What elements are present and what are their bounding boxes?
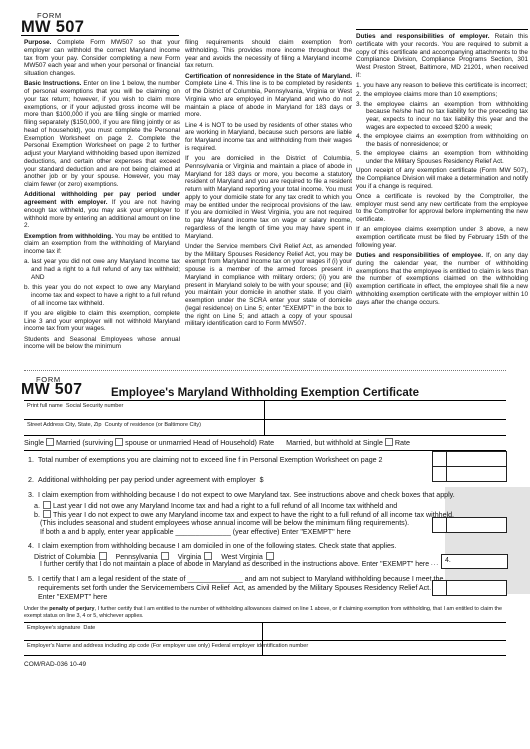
line-number: 1. — [28, 456, 38, 464]
field-label: Print full name Social Security number — [27, 403, 123, 409]
line2-text: 2.Additional withholding per pay period … — [28, 476, 264, 484]
state-west-virginia-label: West Virginia — [221, 553, 263, 561]
line5-text-1: 5.I certify that I am a legal resident o… — [28, 575, 443, 583]
marital-status-row: SingleMarried (survivingspouse or unmarr… — [24, 438, 506, 451]
text: Complete Line 4. This line is to be comp… — [185, 80, 352, 118]
print-name-ssn-field[interactable]: Print full name Social Security number — [24, 401, 264, 419]
line5-exempt-box[interactable] — [432, 580, 507, 596]
line3a: a.Last year I did not owe any Maryland I… — [34, 501, 397, 510]
line4-heading: 4.I claim exemption from withholding bec… — [28, 542, 396, 550]
dotted-leader: ... — [431, 561, 439, 567]
line3-heading: 3.I claim exemption from withholding bec… — [28, 491, 455, 499]
employee-duties-paragraph: Duties and responsibilities of employee.… — [356, 252, 528, 306]
text: Once a certificate is revoked by the Com… — [356, 193, 528, 223]
text: you have any reason to believe this cert… — [363, 82, 527, 89]
certificate-title: Employee's Maryland Withholding Exemptio… — [0, 387, 530, 399]
line3-apply-text: If both a and b apply, enter year applic… — [40, 528, 351, 536]
married-hoh-label-part1: Married (surviving — [56, 438, 113, 447]
domiciled-paragraph: If you are domiciled in the District of … — [185, 155, 352, 240]
employer-duty-item-2: 2.the employee claims more than 10 exemp… — [356, 91, 528, 99]
text: I claim exemption from withholding becau… — [38, 491, 455, 499]
employer-info-field[interactable]: Employer's Name and address including zi… — [24, 641, 506, 656]
checkbox-virginia[interactable] — [204, 552, 212, 560]
filing-requirements-paragraph: filing requirements should claim exempti… — [185, 39, 352, 70]
address-row-right-cell[interactable] — [265, 420, 506, 437]
checkbox-married-single-rate[interactable] — [385, 438, 393, 446]
lead: Duties and responsibilities of employer. — [356, 33, 490, 40]
text: filing requirements should claim exempti… — [185, 39, 352, 69]
text: If you are eligible to claim this exempt… — [24, 310, 180, 333]
line-number: 3. — [28, 491, 38, 499]
text: Enter on line 1 below, the number of per… — [24, 80, 180, 188]
item-letter: a. — [34, 502, 41, 510]
employee-signature-field[interactable]: Employee's signature Date — [24, 623, 262, 640]
line-number: 4. — [28, 542, 38, 550]
exemption-item-b: b. this year you do not expect to owe an… — [24, 284, 180, 307]
line4-exempt-box[interactable]: 4. — [441, 554, 508, 569]
box-label: 4. — [445, 557, 451, 564]
text: If you are domiciled in the District of … — [185, 155, 352, 240]
text: a. last year you did not owe any Marylan… — [24, 258, 180, 281]
box-divider — [446, 518, 447, 532]
line3-note: (This includes seasonal and student empl… — [40, 519, 409, 527]
text: If, on any day during the calendar year,… — [356, 252, 528, 306]
line3-exempt-box[interactable] — [432, 517, 507, 533]
employer-duty-item-5: 5.the employee claims an exemption from … — [356, 150, 528, 166]
employer-duties-paragraph: Duties and responsibilities of employer.… — [356, 33, 528, 80]
text: Under the Service members Civil Relief A… — [185, 243, 352, 328]
text: Retain this certificate with your record… — [356, 33, 528, 79]
married-single-rate-label: Married, but withhold at Single — [286, 438, 383, 447]
checkbox-pennsylvania[interactable] — [161, 552, 169, 560]
state-virginia-label: Virginia — [178, 553, 202, 561]
line2-entry-box[interactable] — [432, 466, 507, 482]
line3b: b.This year I do not expect to owe any M… — [34, 510, 454, 519]
students-paragraph: Students and Seasonal Employees whose an… — [24, 336, 180, 352]
lead: Certification of nonresidence in the Sta… — [185, 73, 352, 80]
employee-signature-right-cell[interactable] — [263, 623, 506, 640]
text: the employee claims more than 10 exempti… — [363, 91, 497, 98]
box-divider — [446, 581, 447, 595]
married-single-rate-label-end: Rate — [395, 438, 410, 447]
instructions-column-2: filing requirements should claim exempti… — [185, 39, 352, 331]
line1-text: 1.Total number of exemptions you are cla… — [28, 456, 383, 464]
state-district-of-columbia-label: District of Columbia — [34, 553, 96, 561]
exemption-item-a: a. last year you did not owe any Marylan… — [24, 258, 180, 281]
text: If an employee claims exemption under 3 … — [356, 226, 528, 249]
line4-not-used-paragraph: Line 4 is NOT to be used by residents of… — [185, 122, 352, 153]
scra-paragraph: Under the Service members Civil Relief A… — [185, 243, 352, 328]
header-rule — [21, 35, 179, 36]
employer-duty-item-3: 3.the employee claims an exemption from … — [356, 101, 528, 132]
name-address-table: Print full name Social Security number S… — [24, 400, 506, 436]
text: Line 4 is NOT to be used by residents of… — [185, 122, 352, 152]
text: I certify that I am a legal resident of … — [38, 575, 443, 583]
shaded-column — [445, 487, 530, 594]
penalty-of-perjury-label: penalty of perjury — [49, 606, 94, 612]
field-label: Employee's signature Date — [27, 625, 95, 631]
section-separator — [24, 370, 506, 371]
instructions-column-3: Duties and responsibilities of employer.… — [356, 33, 528, 309]
text: Students and Seasonal Employees whose an… — [24, 336, 180, 351]
text: , I further certify that I am entitled t… — [24, 606, 502, 619]
married-hoh-label-part2: spouse or unmarried Head of Household) R… — [125, 438, 274, 447]
text: Under the — [24, 606, 49, 612]
employer-duty-item-4: 4.the employee claims an exemption from … — [356, 133, 528, 149]
eligible-paragraph: If you are eligible to claim this exempt… — [24, 310, 180, 333]
single-label: Single — [24, 438, 44, 447]
instructions-column-1: Purpose. Complete Form MW507 so that you… — [24, 39, 180, 354]
lead: Purpose. — [24, 39, 51, 46]
line5-text-2: requirements set forth under the Service… — [38, 584, 431, 592]
checkbox-3b[interactable] — [43, 510, 51, 518]
lead: Basic Instructions. — [24, 80, 81, 87]
nonresidence-certification-paragraph: Certification of nonresidence in the Sta… — [185, 73, 352, 120]
revoked-certificate-paragraph: Once a certificate is revoked by the Com… — [356, 193, 528, 224]
lead: Duties and responsibilities of employee. — [356, 252, 483, 259]
checkbox-single[interactable] — [46, 438, 54, 446]
line1-entry-box[interactable] — [432, 451, 507, 467]
line5-text-3: Enter "EXEMPT" here — [38, 593, 107, 601]
checkbox-district-of-columbia[interactable] — [99, 552, 107, 560]
text: the employee claims an exemption from wi… — [363, 150, 528, 165]
field-label: Street Address City, State, Zip County o… — [27, 422, 201, 428]
text: I claim exemption from withholding becau… — [38, 542, 396, 550]
form-id-footer: COM/RAD-036 10-49 — [24, 661, 86, 668]
checkbox-married-hoh[interactable] — [115, 438, 123, 446]
lead: Exemption from withholding. — [24, 233, 113, 240]
text: Upon receipt of any exemption certificat… — [356, 167, 528, 190]
upon-receipt-paragraph: Upon receipt of any exemption certificat… — [356, 167, 528, 190]
text: Last year I did not owe any Maryland Inc… — [53, 502, 397, 510]
box-divider — [446, 467, 447, 481]
line-number: 5. — [28, 575, 38, 583]
line-number: 2. — [28, 476, 38, 484]
text: Additional withholding per pay period un… — [38, 476, 264, 484]
name-row-right-cell[interactable] — [265, 401, 506, 419]
mw507-form-page: FORM MW 507 Purpose. Complete Form MW507… — [0, 0, 530, 749]
employer-duties-rule — [356, 29, 528, 30]
box-divider — [446, 452, 447, 466]
field-label: Employer's Name and address including zi… — [27, 643, 308, 649]
line4-states-row: District of ColumbiaPennsylvaniaVirginia… — [34, 552, 283, 561]
text: the employee claims an exemption from wi… — [363, 101, 528, 131]
basic-instructions-paragraph: Basic Instructions. Enter on line 1 belo… — [24, 80, 180, 189]
checkbox-3a[interactable] — [43, 501, 51, 509]
employer-duty-item-1: 1.you have any reason to believe this ce… — [356, 82, 528, 90]
text: the employee claims an exemption from wi… — [363, 133, 528, 148]
text: Total number of exemptions you are claim… — [38, 456, 383, 464]
signature-table: Employee's signature Date Employer's Nam… — [24, 622, 506, 656]
text: b. this year you do not expect to owe an… — [24, 284, 180, 307]
checkbox-west-virginia[interactable] — [266, 552, 274, 560]
line4-certify-text: I further certify that I do not maintain… — [40, 561, 429, 568]
february-15-paragraph: If an employee claims exemption under 3 … — [356, 226, 528, 249]
state-pennsylvania-label: Pennsylvania — [116, 553, 158, 561]
perjury-statement: Under the penalty of perjury, I further … — [24, 606, 502, 619]
address-county-field[interactable]: Street Address City, State, Zip County o… — [24, 420, 264, 437]
purpose-paragraph: Purpose. Complete Form MW507 so that you… — [24, 39, 180, 78]
item-letter: b. — [34, 511, 41, 519]
text: This year I do not expect to owe any Mar… — [53, 511, 454, 519]
exemption-paragraph: Exemption from withholding. You may be e… — [24, 233, 180, 256]
additional-withholding-paragraph: Additional withholding per pay period un… — [24, 191, 180, 230]
